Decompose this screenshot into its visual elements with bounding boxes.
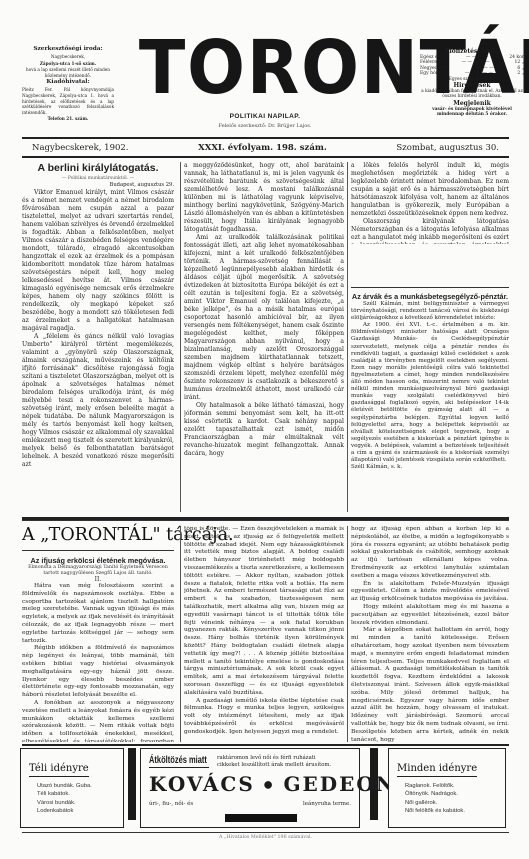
ad-item: Női gallérok. xyxy=(397,799,497,807)
article-title: A berlini királylátogatás. xyxy=(22,162,174,175)
paragraph: Viktor Emanuel királyt, mint Vilmos csás… xyxy=(22,189,174,333)
name-part: KOVÁCS xyxy=(149,772,255,796)
paragraph: tőne is követte. — Ezen összejöveteleken… xyxy=(184,526,344,698)
paragraph: a meggyőződésünket, hogy ott, ahol barát… xyxy=(184,162,344,234)
paragraph: A „félelem és gáncs nélkül való lovagias… xyxy=(22,333,174,469)
column-divider xyxy=(347,162,348,512)
paragraph: Hátra van még felosztásom szerint a föld… xyxy=(22,583,174,645)
article-title: Az árvák és a munkásbetegsegélyző-pénztá… xyxy=(351,292,509,301)
divider xyxy=(22,550,174,551)
ad-text: raktáromon levő női és férfi ruházati ci… xyxy=(217,755,331,769)
article-column: tőne is követte. — Ezen összejöveteleken… xyxy=(184,526,344,742)
info-line: hová a lap szellemi részét illető minden… xyxy=(22,67,114,78)
article-column: A berlini királylátogatás. — Politikai m… xyxy=(22,162,174,512)
column-divider xyxy=(180,526,181,742)
ad-every-season: Minden idényre Raglanok. Felöltők. Öltön… xyxy=(388,748,506,828)
ad-lead-row: Átköltözés miatt raktáromon levő női és … xyxy=(149,755,351,769)
ad-title: Téli idényre xyxy=(29,763,89,777)
ads-heading: Hirdetések xyxy=(420,82,524,89)
newspaper-logo: TORONTÁL xyxy=(139,28,389,108)
paragraph: A fonókban az asszonyok a négyasszony ve… xyxy=(22,700,174,742)
subscription-info: Előfizetési árak: Egész évre— — — —24 ko… xyxy=(420,48,524,118)
info-line: Nagybecskerek, xyxy=(22,54,114,60)
ad-item: Lodenkabátok xyxy=(29,807,115,815)
price-label: Egy hóra xyxy=(420,71,441,76)
column-divider xyxy=(347,526,348,742)
ad-item: Utazó bundák. Guba. xyxy=(29,782,115,790)
editorial-heading: Szerkesztőségi iroda: xyxy=(22,46,114,53)
article-column: a lökés felelős helyről indult ki, mégis… xyxy=(351,162,509,244)
ad-company-name: KOVÁCS ● GEDEON xyxy=(149,771,351,799)
decorative-bar xyxy=(128,748,136,820)
ad-title: Minden idényre xyxy=(397,763,477,777)
paragraph: Ami az uralkodók találkozásának politika… xyxy=(184,234,344,402)
ad-item: Téli kabátok. xyxy=(29,790,115,798)
dateline-place: Nagybecskerek, 1902. xyxy=(32,143,129,153)
decorative-block xyxy=(225,814,297,822)
info-line: Zápolya-utca 1-ső szám. xyxy=(22,61,114,67)
paragraph: A gazdasági ismétlő iskola életbe léptet… xyxy=(184,698,344,737)
paragraph: Olaszország királyának látogatása Németo… xyxy=(351,218,509,244)
dateline-date: Szombat, augusztus 30. xyxy=(396,143,499,153)
article-column: Az ifjuság erkölcsi életének megóvása. E… xyxy=(22,556,174,742)
paragraph: Hogy miként alakítottam meg és mi haszna… xyxy=(351,604,509,627)
ad-winter-season: Téli idényre Utazó bundák. Guba. Téli ka… xyxy=(20,748,124,828)
ad-text-line: cikkeket leszállított árak mellett árusí… xyxy=(217,762,331,768)
price-value: 2 „ xyxy=(517,71,524,76)
info-line: vasár- és ünnepnapok kivételével mindenn… xyxy=(420,107,524,118)
feuilleton-header: A „TORONTÁL" tárcája. xyxy=(22,523,174,547)
divider xyxy=(22,832,509,833)
ad-kovacs-gedeon: Átköltözés miatt raktáromon levő női és … xyxy=(140,748,360,828)
article-signature: Széll Kálmán, s. k. xyxy=(351,464,509,471)
paragraph: Oly hatalmasok a béke látható támaszai, … xyxy=(184,402,344,458)
feuilleton-title: Az ifjuság erkölcsi életének megóvása. xyxy=(22,556,174,565)
publication-heading: Megjelenik xyxy=(420,100,524,107)
divider xyxy=(22,520,509,521)
publisher-heading: Kiadóhivatal: xyxy=(22,79,114,86)
ad-item: Női felöltők és kabátok. xyxy=(397,807,497,815)
divider xyxy=(22,744,509,746)
paragraph: Széll Kálmán, mint belügyminiszter a vár… xyxy=(351,301,509,322)
advertisements: Téli idényre Utazó bundák. Guba. Téli ka… xyxy=(20,748,510,833)
editorial-office-info: Szerkesztőségi iroda: Nagybecskerek, Záp… xyxy=(22,46,114,123)
separator-dot: ● xyxy=(264,780,275,791)
ad-text-line: raktáromon levő női és férfi ruházati xyxy=(217,755,316,761)
column-divider xyxy=(180,162,181,512)
paragraph: Én is alakítottam Felsőr-Muzslyán ifjusá… xyxy=(351,581,509,604)
masthead: Szerkesztőségi iroda: Nagybecskerek, Záp… xyxy=(0,0,529,140)
divider xyxy=(22,137,509,139)
dateline-volume: XXXI. évfolyam. 198. szám. xyxy=(198,143,327,153)
prices-heading: Előfizetési árak: xyxy=(420,48,524,55)
divider xyxy=(22,156,509,158)
paragraph: Régibb időkben a földmívelő és napszámos… xyxy=(22,645,174,700)
telephone: Telefon 21. szám. xyxy=(22,116,114,122)
ad-text: úri-, fiu-, női- és xyxy=(149,801,193,807)
article-column: a meggyőződésünket, hogy ott, ahol barát… xyxy=(184,162,344,512)
footer-note: A „Hivatalos Melléklet" 196 számával. xyxy=(22,835,509,840)
decorative-bar xyxy=(370,748,378,820)
paragraph: a lökés felelős helyről indult ki, mégis… xyxy=(351,162,509,218)
info-line: a kiadóhivatalban fogadtatnak el. Azonkí… xyxy=(420,89,524,100)
dateline: Nagybecskerek, 1902. XXXI. évfolyam. 198… xyxy=(22,141,509,155)
ad-bottom-row: úri-, fiu-, női- és leányruha terme. xyxy=(149,801,351,807)
info-line: Pleitz Fer. Pál könyvnyomdája Nagybecske… xyxy=(22,87,114,115)
ad-item: Raglanok. Felöltők. xyxy=(397,782,497,790)
paragraph: Az 1900. évi XVI. t.-c. értelmében a m. … xyxy=(351,322,509,464)
article-dateline: Budapest, augusztus 29. xyxy=(22,182,174,189)
divider xyxy=(351,287,509,288)
editor-line: Felelős szerkesztő: Dr. Brüjjer Lajos. xyxy=(175,123,355,129)
article-column: Az árvák és a munkásbetegsegélyző-pénztá… xyxy=(351,292,509,517)
name-part: GEDEON xyxy=(283,772,396,796)
paragraph: Már a képzőben sokat hallottam én arról,… xyxy=(351,627,509,742)
price-dashes: — — — — — xyxy=(465,71,493,76)
ad-lead: Átköltözés miatt xyxy=(149,755,209,768)
newspaper-subtitle: POLITIKAI NAPILAP. xyxy=(200,113,330,120)
ad-item: Városi bundák. xyxy=(29,799,115,807)
ad-text: leányruha terme. xyxy=(303,801,351,807)
paragraph: hogy az ifjuság épen abban a korban lép … xyxy=(351,526,509,581)
ad-item: Öltönyök. Nadrágok. xyxy=(397,790,497,798)
article-column: hogy az ifjuság épen abban a korban lép … xyxy=(351,526,509,742)
